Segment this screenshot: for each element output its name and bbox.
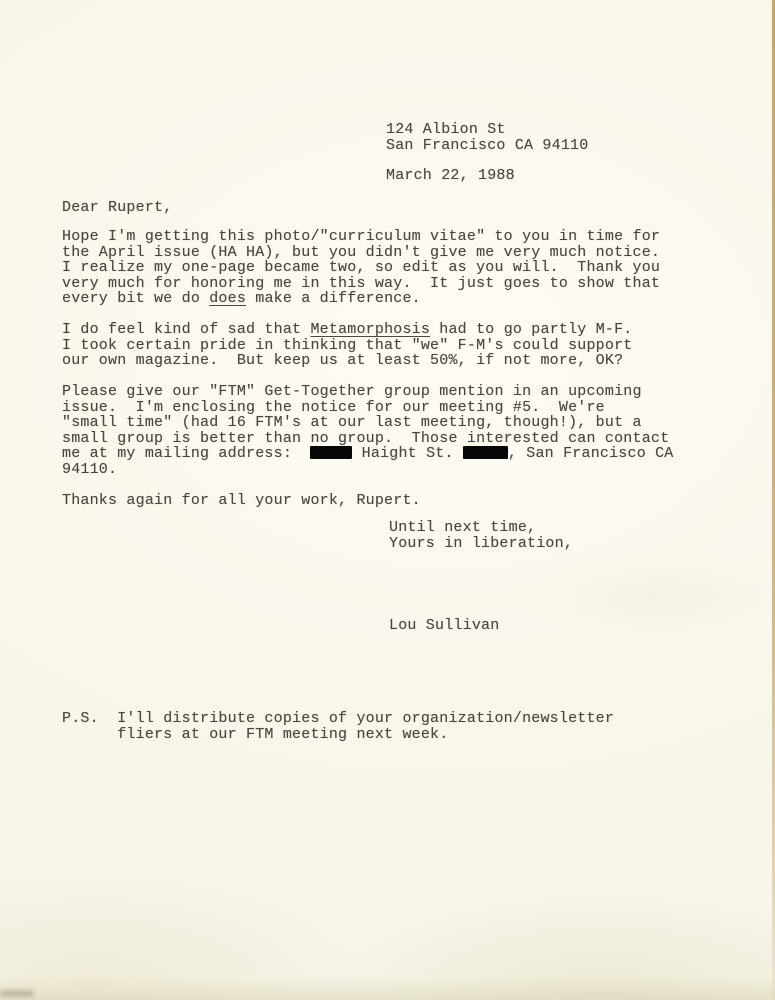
- return-address-line-1: 124 Albion St: [386, 122, 588, 138]
- text-segment: fliers at our FTM meeting next week.: [62, 726, 448, 743]
- paragraph-4: Thanks again for all your work, Rupert.: [62, 493, 674, 509]
- postscript: P.S. I'll distribute copies of your orga…: [62, 711, 614, 742]
- signature-name: Lou Sullivan: [389, 618, 499, 634]
- letter-line: 94110.: [62, 462, 674, 478]
- letter-page: 124 Albion St San Francisco CA 94110 Mar…: [0, 0, 775, 1000]
- closing: Until next time, Yours in liberation,: [389, 520, 573, 551]
- text-segment: "small time" (had 16 FTM's at our last m…: [62, 414, 642, 431]
- text-segment: , San Francisco CA: [508, 445, 674, 462]
- letter-line: "small time" (had 16 FTM's at our last m…: [62, 415, 674, 431]
- letter-line: fliers at our FTM meeting next week.: [62, 727, 614, 743]
- redaction-box: [463, 446, 508, 459]
- text-segment: our own magazine. But keep us at least 5…: [62, 352, 623, 369]
- letter-line: very much for honoring me in this way. I…: [62, 276, 674, 292]
- text-segment: me at my mailing address:: [62, 445, 310, 462]
- letter-body: Hope I'm getting this photo/"curriculum …: [62, 229, 674, 524]
- text-segment: I do feel kind of sad that: [62, 321, 310, 338]
- text-segment: had to go partly M-F.: [430, 321, 632, 338]
- letter-line: P.S. I'll distribute copies of your orga…: [62, 711, 614, 727]
- paragraph-1: Hope I'm getting this photo/"curriculum …: [62, 229, 674, 307]
- text-segment: small group is better than no group. Tho…: [62, 430, 669, 447]
- letter-line: Thanks again for all your work, Rupert.: [62, 493, 674, 509]
- return-address-line-2: San Francisco CA 94110: [386, 138, 588, 154]
- letter-line: small group is better than no group. Tho…: [62, 431, 674, 447]
- text-segment: I realize my one-page became two, so edi…: [62, 259, 660, 276]
- closing-line-2: Yours in liberation,: [389, 536, 573, 552]
- text-segment: 94110.: [62, 461, 117, 478]
- scan-bottom-smudge: [0, 976, 775, 1000]
- letter-date: March 22, 1988: [386, 168, 515, 184]
- letter-line: every bit we do does make a difference.: [62, 291, 674, 307]
- letter-line: Hope I'm getting this photo/"curriculum …: [62, 229, 674, 245]
- letter-line: I do feel kind of sad that Metamorphosis…: [62, 322, 674, 338]
- paragraph-3: Please give our "FTM" Get-Together group…: [62, 384, 674, 477]
- letter-line: our own magazine. But keep us at least 5…: [62, 353, 674, 369]
- text-segment: Hope I'm getting this photo/"curriculum …: [62, 228, 660, 245]
- text-segment: issue. I'm enclosing the notice for our …: [62, 399, 605, 416]
- letter-line: issue. I'm enclosing the notice for our …: [62, 400, 674, 416]
- text-segment: every bit we do: [62, 290, 209, 307]
- letter-line: I realize my one-page became two, so edi…: [62, 260, 674, 276]
- paragraph-2: I do feel kind of sad that Metamorphosis…: [62, 322, 674, 369]
- letter-line: me at my mailing address: Haight St. , S…: [62, 446, 674, 462]
- text-segment: I took certain pride in thinking that "w…: [62, 337, 633, 354]
- underlined-text: Metamorphosis: [310, 321, 430, 338]
- letter-line: I took certain pride in thinking that "w…: [62, 338, 674, 354]
- text-segment: make a difference.: [246, 290, 421, 307]
- text-segment: Thanks again for all your work, Rupert.: [62, 492, 421, 509]
- redaction-box: [310, 446, 352, 459]
- text-segment: P.S. I'll distribute copies of your orga…: [62, 710, 614, 727]
- text-segment: Haight St.: [352, 445, 462, 462]
- letter-line: the April issue (HA HA), but you didn't …: [62, 245, 674, 261]
- scan-corner-mark: [0, 990, 34, 997]
- text-segment: Please give our "FTM" Get-Together group…: [62, 383, 642, 400]
- closing-line-1: Until next time,: [389, 520, 573, 536]
- return-address: 124 Albion St San Francisco CA 94110: [386, 122, 588, 153]
- salutation: Dear Rupert,: [62, 200, 172, 216]
- letter-line: Please give our "FTM" Get-Together group…: [62, 384, 674, 400]
- text-segment: the April issue (HA HA), but you didn't …: [62, 244, 660, 261]
- underlined-text: does: [209, 290, 246, 307]
- text-segment: very much for honoring me in this way. I…: [62, 275, 660, 292]
